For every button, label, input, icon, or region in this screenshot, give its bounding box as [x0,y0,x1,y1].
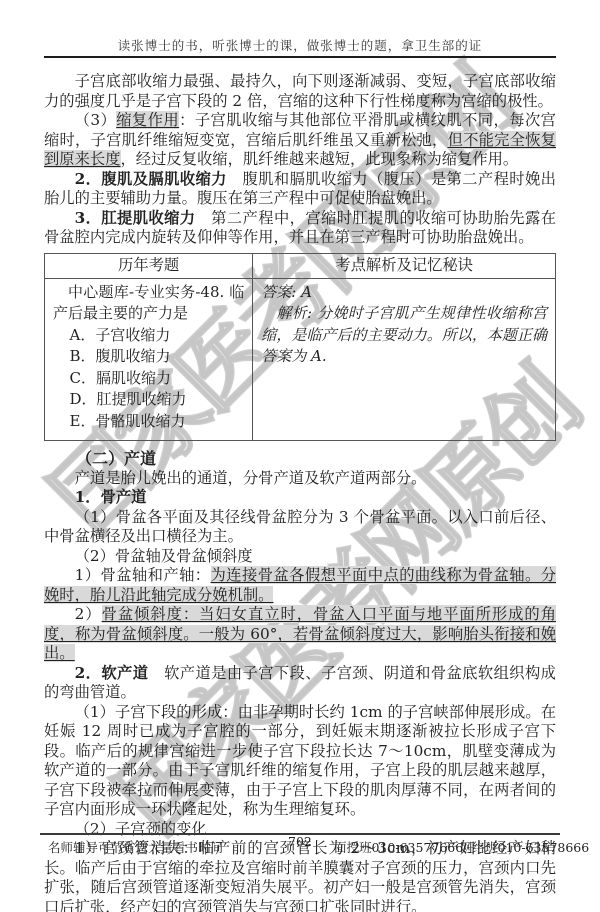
p3-heading: 2．腹肌及膈肌收缩力 [75,170,227,188]
p4-heading: 3．肛提肌收缩力 [75,209,196,227]
p2-highlight-term: 缩复作用 [116,111,179,129]
p2-prefix: （3） [75,111,117,129]
exam-analysis-cell: 答案: A 解析: 分娩时子宫肌产生规律性收缩称宫缩，是临产后的主要动力。所以，… [253,278,556,441]
page-number: 702 [288,834,312,849]
paragraph-pelvic-inclination: 2）骨盆倾斜度：当妇女直立时，骨盆入口平面与地平面所形成的角度，称为骨盆倾斜度。… [44,605,556,664]
exam-table-body-row: 中心题库-专业实务-48. 临产后最主要的产力是 A．子宫收缩力 B．腹肌收缩力… [45,278,556,441]
exam-question-text: 中心题库-专业实务-48. 临产后最主要的产力是 [53,282,244,325]
footer-phone-onsite: 面授班010-63577666 [334,838,463,856]
subheading-bony-canal: 1．骨产道 [44,488,556,508]
p2-suffix: ，经过反复收缩，肌纤维越来越短，此现象称为缩复作用。 [121,150,519,168]
option-item-b: B．腹肌收缩力 [53,346,244,368]
paragraph-soft-canal: 2．软产道 软产道是由子宫下段、子宫颈、阴道和骨盆底软组织构成的弯曲管道。 [44,664,556,703]
header-rule [44,56,556,58]
p9-highlight: 骨盆倾斜度：当妇女直立时，骨盆入口平面与地平面所形成的角度，称为骨盆倾斜度。一般… [44,605,556,662]
paragraph-levator-ani: 3．肛提肌收缩力 第二产程中，宫缩时肛提肌的收缩可协助胎先露在骨盆腔内完成内旋转… [44,209,556,248]
exam-table-header-questions: 历年考题 [45,253,253,278]
p8-prefix: 1）骨盆轴和产轴： [75,566,211,584]
paragraph-retraction-effect: （3）缩复作用：子宫肌收缩与其他部位平滑肌或横纹肌不同，每次宫缩时，子宫肌纤维缩… [44,111,556,170]
section-heading-birth-canal: （二）产道 [44,449,556,469]
paragraph-pelvic-axis: 1）骨盆轴和产轴：为连接骨盆各假想平面中点的曲线称为骨盆轴。分娩时，胎儿沿此轴完… [44,566,556,605]
exam-analysis-text: 解析: 分娩时子宫肌产生规律性收缩称宫缩，是临产后的主要动力。所以，本题正确答案… [261,303,547,368]
footer-tagline: 名师辅导可节省您大量看书时间 [48,838,223,856]
option-item-e: E．骨骼肌收缩力 [53,411,244,433]
exam-table: 历年考题 考点解析及记忆秘诀 中心题库-专业实务-48. 临产后最主要的产力是 … [44,253,556,442]
paragraph-uterine-polarity: 子宫底部收缩力最强、最持久，向下则逐渐减弱、变短，子宫底部收缩力的强度几乎是子宫… [44,72,556,111]
exam-table-header-row: 历年考题 考点解析及记忆秘诀 [45,253,556,278]
option-item-c: C．膈肌收缩力 [53,368,244,390]
page-body: 子宫底部收缩力最强、最持久，向下则逐渐减弱、变短，子宫底部收缩力的强度几乎是子宫… [44,72,556,912]
paragraph-birth-canal-intro: 产道是胎儿娩出的通道，分骨产道及软产道两部分。 [44,469,556,489]
paragraph-pelvic-planes: （1）骨盆各平面及其径线骨盆腔分为 3 个骨盆平面。以入口前后径、中骨盆横径及出… [44,508,556,547]
footer: 名师辅导可节省您大量看书时间 702 面授班010-63577666 网络班01… [0,838,600,856]
paragraph-lower-uterine-segment: （1）子宫下段的形成：由非孕期时长约 1cm 的子宫峡部伸展形成。在妊娠 12 … [44,703,556,820]
option-item-d: D．肛提肌收缩力 [53,389,244,411]
option-item-a: A．子宫收缩力 [53,325,244,347]
paragraph-pelvic-axis-heading: （2）骨盆轴及骨盆倾斜度 [44,547,556,567]
p10-heading: 2．软产道 [75,664,149,682]
paragraph-abdominal-diaphragm: 2．腹肌及膈肌收缩力 腹肌和膈肌收缩力（腹压）是第二产程时娩出胎儿的主要辅助力量… [44,170,556,209]
exam-answer-text: 答案: A [261,282,547,304]
p9-prefix: 2） [75,605,102,623]
exam-question-cell: 中心题库-专业实务-48. 临产后最主要的产力是 A．子宫收缩力 B．腹肌收缩力… [45,278,253,441]
footer-phone-online: 网络班010-63578666 [460,838,589,856]
header-slogan: 读张博士的书，听张博士的课，做张博士的题，拿卫生部的证 [0,36,600,54]
exam-table-header-analysis: 考点解析及记忆秘诀 [253,253,556,278]
